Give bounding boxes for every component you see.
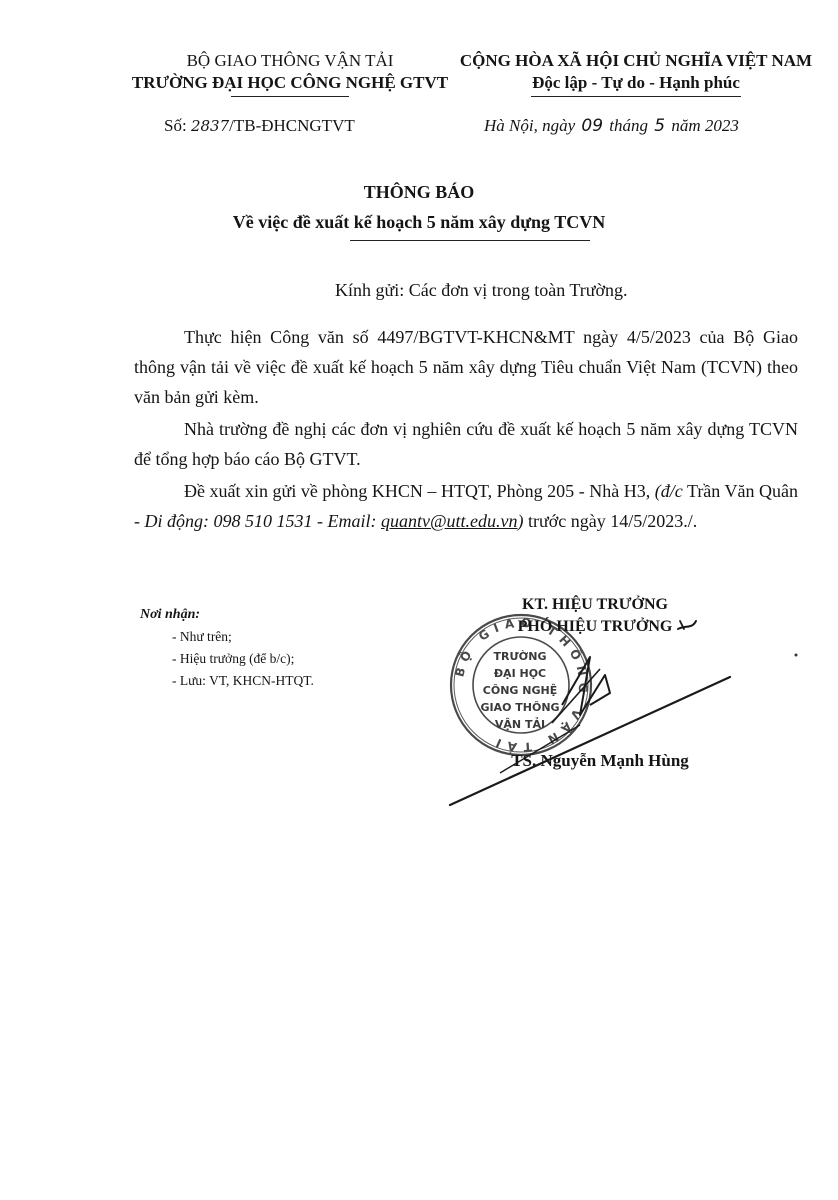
recipient-item: - Lưu: VT, KHCN-HTQT. — [140, 670, 314, 692]
body-content: Thực hiện Công văn số 4497/BGTVT-KHCN&MT… — [134, 322, 798, 536]
header-left-underline — [231, 96, 349, 97]
document-subtitle: Về việc đề xuất kế hoạch 5 năm xây dựng … — [0, 212, 838, 233]
recipients-heading: Nơi nhận: — [140, 604, 314, 626]
body-paragraph-3: Đề xuất xin gửi về phòng KHCN – HTQT, Ph… — [134, 476, 798, 536]
national-header: CỘNG HÒA XÃ HỘI CHỦ NGHĨA VIỆT NAM Độc l… — [446, 50, 826, 97]
date-month-label: tháng — [605, 116, 652, 135]
country-name: CỘNG HÒA XÃ HỘI CHỦ NGHĨA VIỆT NAM — [446, 50, 826, 72]
reference-handwritten-number: 2837 — [191, 117, 229, 135]
school-name: TRƯỜNG ĐẠI HỌC CÔNG NGHỆ GTVT — [120, 72, 460, 94]
issue-date: Hà Nội, ngày 09 tháng 5 năm 2023 — [484, 116, 739, 136]
recipients-block: Nơi nhận: - Như trên; - Hiệu trưởng (để … — [140, 604, 314, 692]
date-year: năm 2023 — [667, 116, 739, 135]
reference-label: Số: — [164, 116, 191, 135]
seal-text: TRƯỜNG ĐẠI HỌC CÔNG NGHỆ GIAO THÔNG VẬN … — [470, 648, 570, 733]
seal-line: TRƯỜNG — [470, 648, 570, 665]
date-month: 5 — [652, 116, 667, 136]
document-title: THÔNG BÁO — [0, 182, 838, 203]
body-paragraph-1: Thực hiện Công văn số 4497/BGTVT-KHCN&MT… — [134, 322, 798, 412]
reference-suffix: /TB-ĐHCNGTVT — [229, 116, 355, 135]
deadline: trước ngày 14/5/2023./. — [524, 511, 698, 531]
seal-line: CÔNG NGHỆ — [470, 682, 570, 699]
signer-name: TS. Nguyễn Mạnh Hùng — [470, 751, 730, 771]
recipient-item: - Như trên; — [140, 626, 314, 648]
seal-line: GIAO THÔNG — [470, 699, 570, 716]
addressee: Kính gửi: Các đơn vị trong toàn Trường. — [335, 280, 628, 301]
body-paragraph-2: Nhà trường đề nghị các đơn vị nghiên cứu… — [134, 414, 798, 474]
seal-line: ĐẠI HỌC — [470, 665, 570, 682]
reference-number: Số: 2837/TB-ĐHCNGTVT — [164, 116, 355, 136]
ministry-name: BỘ GIAO THÔNG VẬN TẢI — [120, 50, 460, 72]
signer-title-primary: KT. HIỆU TRƯỞNG — [480, 596, 710, 614]
seal-line: VẬN TẢI — [470, 716, 570, 733]
header-right-underline — [531, 96, 741, 97]
contact-email-link[interactable]: quantv@utt.edu.vn — [381, 511, 518, 531]
date-prefix: Hà Nội, ngày — [484, 116, 579, 135]
submission-location: Đề xuất xin gửi về phòng KHCN – HTQT, Ph… — [184, 481, 655, 501]
recipient-item: - Hiệu trưởng (để b/c); — [140, 648, 314, 670]
date-day: 09 — [579, 116, 605, 136]
subtitle-underline — [350, 240, 590, 241]
issuer-header: BỘ GIAO THÔNG VẬN TẢI TRƯỜNG ĐẠI HỌC CÔN… — [120, 50, 460, 97]
contact-phone: Di động: 098 510 1531 - Email: — [145, 511, 381, 531]
national-motto: Độc lập - Tự do - Hạnh phúc — [446, 72, 826, 94]
signer-title-secondary: PHÓ HIỆU TRƯỞNG — [480, 618, 710, 636]
contact-open: (đ/c — [655, 481, 683, 501]
